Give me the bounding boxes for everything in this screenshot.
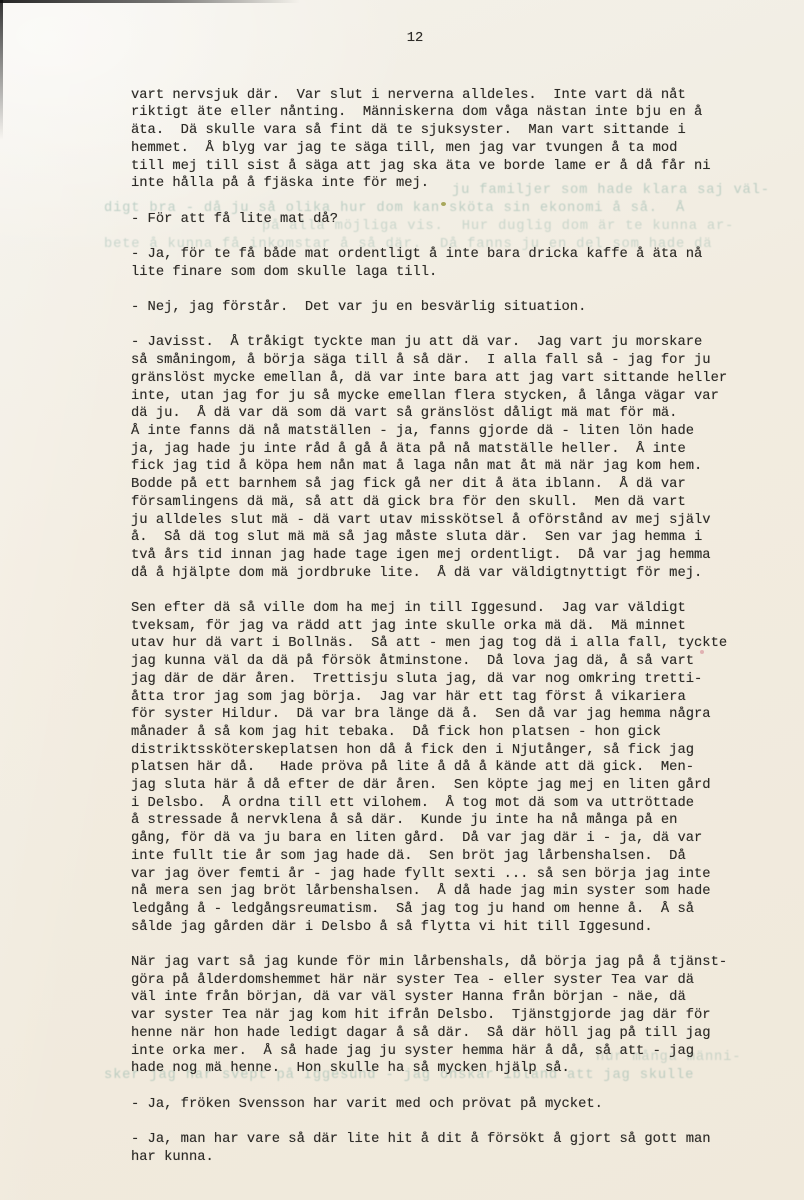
- page-content: 12 vart nervsjuk där. Var slut i nervern…: [131, 30, 771, 1184]
- dialogue-paragraph-3: - Ja, för te få både mat ordentligt å in…: [131, 246, 771, 281]
- dialogue-paragraph-8: - Ja, fröken Svensson har varit med och …: [131, 1096, 771, 1114]
- paragraph-7: När jag vart så jag kunde för min lårben…: [131, 954, 771, 1078]
- scan-edge-top: [0, 0, 300, 3]
- page-number: 12: [115, 30, 715, 48]
- scan-edge-left: [0, 0, 3, 140]
- dialogue-paragraph-9: - Ja, man har vare så där lite hit å dit…: [131, 1131, 771, 1166]
- paragraph-6: Sen efter dä så ville dom ha mej in till…: [131, 600, 771, 936]
- paragraph-1: vart nervsjuk där. Var slut i nerverna a…: [131, 87, 771, 193]
- document-page: ju familjer som hade klara saj väl- digt…: [0, 0, 804, 1200]
- dialogue-paragraph-4: - Nej, jag förstår. Det var ju en besvär…: [131, 299, 771, 317]
- dialogue-paragraph-5: - Javisst. Å tråkigt tyckte man ju att d…: [131, 334, 771, 582]
- dialogue-paragraph-2: - För att få lite mat då?: [131, 211, 771, 229]
